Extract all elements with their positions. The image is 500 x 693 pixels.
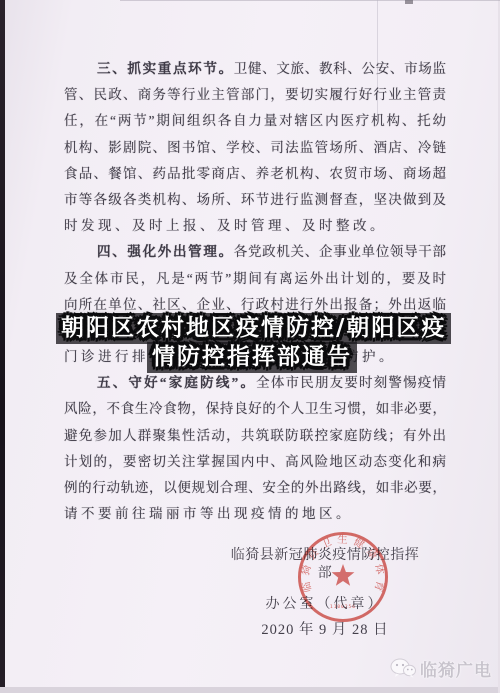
doc-line: 食品、餐馆、药品批零商店、养老机构、农贸市场、商场超	[64, 161, 446, 187]
doc-line: 市等各级各类机构、场所、环节进行监测督查，坚决做到及	[64, 187, 446, 213]
seal-star-icon	[332, 564, 355, 586]
doc-line-text: 市等各级各类机构、场所、环节进行监测督查，坚决做到及	[64, 192, 446, 207]
doc-line: 三、抓实重点环节。卫健、文旅、教科、公安、市场监	[64, 56, 446, 82]
doc-line-text: 避免参加人群聚集性活动，共筑联防联控家庭防线；有外出	[64, 428, 446, 443]
doc-line: 例的行动轨迹，以便规划合理、安全的外出路线，如非必要，	[64, 475, 446, 501]
headline-overlay: 朝阳区农村地区疫情防控/朝阳区疫 情防控指挥部通告	[56, 313, 448, 373]
doc-line: 风险，不食生冷食物，保持良好的个人卫生习惯，如非必要，	[64, 396, 446, 422]
doc-line-text: 风险，不食生冷食物，保持良好的个人卫生习惯，如非必要，	[64, 401, 446, 416]
doc-line-text: 计划的，要密切关注掌握国内中、高风险地区动态变化和病	[64, 454, 446, 469]
official-seal: 临猗县卫生健康体育局 1100256	[296, 530, 390, 624]
doc-line-text: 管、民政、商务等行业主管部门，要切实履行好行业主管责	[64, 87, 446, 102]
document-text: 三、抓实重点环节。卫健、文旅、教科、公安、市场监管、民政、商务等行业主管部门，要…	[64, 56, 446, 527]
doc-line-text: 机构、影剧院、图书馆、学校、司法监管场所、酒店、冷链	[64, 140, 446, 155]
doc-line: 计划的，要密切关注掌握国内中、高风险地区动态变化和病	[64, 449, 446, 475]
doc-line-text: 例的行动轨迹，以便规划合理、安全的外出路线，如非必要，	[64, 480, 446, 495]
seal-serial-number: 1100256	[330, 604, 356, 610]
headline-line-2: 情防控指挥部通告	[147, 342, 357, 373]
doc-line: 四、强化外出管理。各党政机关、企事业单位领导干部	[64, 239, 446, 265]
doc-line-text: 全体市民朋友要时刻警惕疫情	[256, 375, 446, 390]
doc-line-text: 卫健、文旅、教科、公安、市场监	[234, 61, 446, 76]
section-heading: 四、强化外出管理。	[97, 244, 234, 259]
doc-line-text: 请不要前往瑞丽市等出现疫情的地区。	[64, 506, 353, 521]
doc-line-text: 各党政机关、企事业单位领导干部	[234, 244, 446, 259]
section-heading: 三、抓实重点环节。	[97, 61, 234, 76]
doc-line: 机构、影剧院、图书馆、学校、司法监管场所、酒店、冷链	[64, 135, 446, 161]
broadcaster-watermark: 临猗广电	[390, 656, 492, 681]
seal-arc-text: 临猗县卫生健康体育局	[296, 530, 388, 598]
doc-line-text: 时发现、及时上报、及时管理、及时整改。	[64, 218, 387, 233]
paper-top-edge-line	[120, 0, 500, 1]
photo-top-mark	[405, 0, 413, 4]
doc-line: 管、民政、商务等行业主管部门，要切实履行好行业主管责	[64, 82, 446, 108]
doc-line-text: 任，在“两节”期间组织各自力量对辖区内医疗机构、托幼	[64, 113, 446, 128]
doc-line: 任，在“两节”期间组织各自力量对辖区内医疗机构、托幼	[64, 108, 446, 134]
photo-left-edge	[0, 0, 5, 687]
doc-line: 避免参加人群聚集性活动，共筑联防联控家庭防线；有外出	[64, 423, 446, 449]
section-3: 三、抓实重点环节。卫健、文旅、教科、公安、市场监管、民政、商务等行业主管部门，要…	[64, 56, 446, 239]
doc-line-text: 及全体市民，凡是“两节”期间有离运外出计划的，要及时	[64, 271, 446, 286]
headline-line-1: 朝阳区农村地区疫情防控/朝阳区疫	[56, 313, 451, 344]
doc-line: 五、守好“家庭防线”。全体市民朋友要时刻警惕疫情	[64, 370, 446, 396]
doc-line: 时发现、及时上报、及时管理、及时整改。	[64, 213, 446, 239]
doc-line-text: 向所在单位、社区、企业、行政村进行外出报备；外出返临	[64, 297, 446, 312]
wechat-icon	[390, 658, 416, 679]
section-5: 五、守好“家庭防线”。全体市民朋友要时刻警惕疫情风险，不食生冷食物，保持良好的个…	[64, 370, 446, 527]
doc-line: 及全体市民，凡是“两节”期间有离运外出计划的，要及时	[64, 266, 446, 292]
photographed-notice-page: 三、抓实重点环节。卫健、文旅、教科、公安、市场监管、民政、商务等行业主管部门，要…	[0, 0, 500, 693]
svg-text:临猗县卫生健康体育局: 临猗县卫生健康体育局	[296, 530, 388, 598]
doc-line: 请不要前往瑞丽市等出现疫情的地区。	[64, 501, 446, 527]
doc-line-text: 食品、餐馆、药品批零商店、养老机构、农贸市场、商场超	[64, 166, 446, 181]
watermark-label: 临猗广电	[420, 656, 492, 681]
photo-bottom-edge	[0, 687, 500, 693]
section-heading: 五、守好“家庭防线”。	[97, 375, 256, 390]
